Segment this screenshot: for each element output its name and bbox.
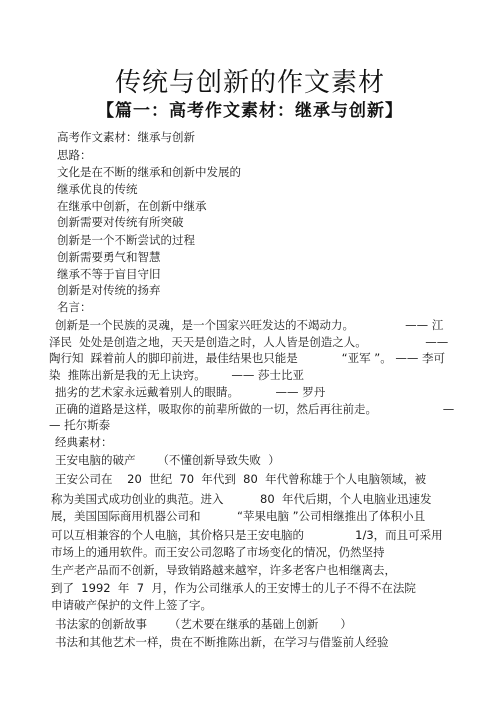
- story-heading: 王安电脑的破产 （不懂创新导致失败 ）: [55, 453, 280, 467]
- text-line: 市场上的通用软件。而王安公司忽略了市场变化的情况，仍然坚持: [51, 545, 385, 559]
- text-line: 王安公司在 20 世纪 70 年代到 80 年代曾称雄于个人电脑领域，被: [55, 472, 426, 486]
- text-line: 在继承中创新，在创新中继承: [57, 199, 207, 213]
- text-line: 创新是对传统的扬弃: [57, 283, 161, 297]
- text-line: 继承不等于盲目守旧: [57, 267, 161, 281]
- text-line: 名言：: [57, 300, 92, 314]
- quote-line: — 托尔斯泰: [49, 418, 110, 432]
- text-line: 创新需要对传统有所突破: [57, 215, 184, 229]
- quote-line: 正确的道路是这样，吸取你的前辈所做的一切，然后再往前走。 —: [55, 402, 454, 416]
- document-subtitle: 【篇一：高考作文素材：继承与创新】: [0, 96, 500, 121]
- quote-line: 染 推陈出新是我的无上诀窍。 —— 莎士比亚: [49, 368, 304, 382]
- text-line: 申请破产保护的文件上签了字。: [51, 598, 212, 612]
- text-line: 思路：: [57, 148, 92, 162]
- text-line: 展，美国国际商用机器公司和 “苹果电脑 ”公司相继推出了体积小且: [51, 509, 425, 523]
- quote-line: 陶行知 踩着前人的脚印前进，最佳结果也只能是 “亚军 ”。 —— 李可: [49, 351, 445, 365]
- text-line: 到了 1992 年 7 月，作为公司继承人的王安博士的儿子不得不在法院: [51, 581, 416, 595]
- quote-line: 创新是一个民族的灵魂，是一个国家兴旺发达的不竭动力。 —— 江: [55, 318, 443, 332]
- document-title: 传统与创新的作文素材: [0, 62, 500, 99]
- text-line: 创新需要勇气和智慧: [57, 250, 161, 264]
- quote-line: 拙劣的艺术家永远戴着别人的眼睛。 —— 罗丹: [55, 385, 325, 399]
- text-line: 创新是一个不断尝试的过程: [57, 233, 195, 247]
- story-heading: 书法家的创新故事 （艺术要在继承的基础上创新 ）: [55, 617, 352, 631]
- quote-line: 泽民 处处是创造之地，天天是创造之时，人人皆是创造之人。 ——: [49, 335, 448, 349]
- text-line: 可以互相兼容的个人电脑，其价格只是王安电脑的 1/3，而且可采用: [51, 528, 443, 542]
- text-line: 生产老产品而不创新，导致销路越来越窄，许多老客户也相继离去，: [51, 563, 396, 577]
- text-line: 文化是在不断的继承和创新中发展的: [57, 165, 241, 179]
- text-line: 书法和其他艺术一样，贵在不断推陈出新，在学习与借鉴前人经验: [55, 635, 389, 649]
- text-line: 继承优良的传统: [57, 182, 138, 196]
- text-line: 称为美国式成功创业的典范。进入 80 年代后期，个人电脑业迅速发: [51, 492, 432, 506]
- section-heading: 经典素材：: [55, 435, 113, 449]
- text-line: 高考作文素材：继承与创新: [57, 130, 195, 144]
